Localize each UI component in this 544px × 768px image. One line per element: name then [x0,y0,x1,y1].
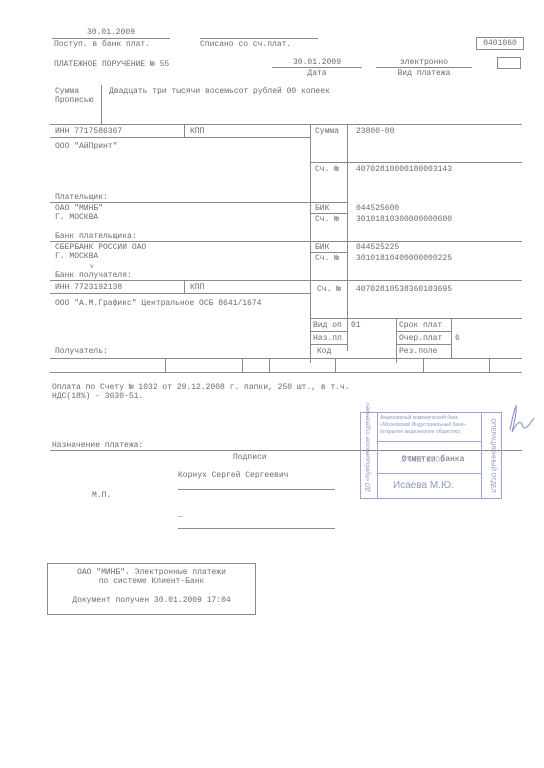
stamp-top-text-1: Акционерный коммерческий банк [380,415,458,422]
sum-value: 23800-00 [356,127,394,136]
stamp-date: 2 ФЕВ 2009 [401,455,444,464]
signer-name: Корнух Сергей Сергеевич [178,471,288,480]
stamp-name: Исаева М.Ю. [393,481,454,490]
stamp-top-text-3: (открытое акционерное общество) [380,429,460,436]
priority-label: Очер.плат [399,334,442,343]
doc-date-underline [272,67,362,68]
payee-inn: ИНН 7723192138 [55,283,122,292]
payee-bank-bik-label: БИК [315,243,329,252]
tax-row-bottom-line [50,372,522,373]
payer-account-value: 40702810000180003143 [356,165,452,174]
payee-account-label: Сч. № [317,285,341,294]
payee-label: Получатель: [55,347,108,356]
payee-bank-mark: v [90,262,94,271]
reserve-label: Рез.поле [399,347,437,356]
debited-date-underline [200,38,318,39]
payer-inn: ИНН 7717586367 [55,127,122,136]
codes-top-line [310,318,522,319]
tax-cell-div-6 [489,358,490,372]
payer-bank-city: Г. МОСКВА [55,213,98,222]
payer-inn-row-line [50,137,310,138]
account-row-top-line [310,162,522,163]
payee-bank-account-value: 30101810400000000225 [356,254,452,263]
codes-mid-divider [396,318,397,363]
bank-stamp: ДО «Куйбышевское отделение» Акционерный … [360,412,502,499]
stamp-right-text: ОПЕРАЦИОННЫЙ ОТДЕЛ [488,419,497,489]
payee-bank-bik-value: 044525225 [356,243,399,252]
tax-cell-div-1 [165,358,166,372]
amount-words-value: Двадцать три тысячи восемьсот рублей 00 … [109,87,330,96]
receipt-box: ОАО "МИНБ". Электронные платежи по систе… [47,563,256,615]
purpose-label: Назначение платежа: [52,441,143,450]
payer-bank-label: Банк плательщика: [55,232,137,241]
amount-words-divider [101,85,102,124]
tax-cell-div-2 [242,358,243,372]
signatures-title: Подписи [233,453,267,462]
codes-right-divider [451,318,452,358]
payee-kpp-divider [184,280,185,293]
form-code-box: 0401060 [476,37,524,50]
payee-bank-account-label: Сч. № [315,254,339,263]
payee-bank-bik-row-line [310,252,347,253]
codes-line-2 [310,331,347,332]
receipt-line-3: Документ получен 30.01.2009 17:04 [48,596,255,605]
stamp-side-text: ДО «Куйбышевское отделение» [365,416,374,492]
received-label: Поступ. в банк плат. [54,40,150,49]
payment-type-code-box [497,57,521,69]
label-column-left [310,124,311,363]
payee-account-value: 40702810538360103695 [356,285,452,294]
payer-bank-bik-label: БИК [315,204,329,213]
table-top-line [50,124,522,125]
code-label: Код [317,347,331,356]
codes-right-line-2 [396,331,451,332]
debited-label: Списано со сч.плат. [200,40,291,49]
purpose-line-2: НДС(18%) - 3630-51. [52,392,143,401]
payer-bank-name: ОАО "МИНБ" [55,204,103,213]
codes-line-3 [310,344,347,345]
sum-label: Сумма [315,127,339,136]
payee-bank-label: Банк получателя: [55,271,132,280]
receipt-line-1: ОАО "МИНБ". Электронные платежи [48,568,255,577]
signature-line-1 [178,489,335,490]
amount-words-label-1: Сумма [55,87,79,96]
payer-bank-account-label: Сч. № [315,215,339,224]
payer-bank-bik-row-line [310,213,347,214]
payer-label: Плательщик: [55,193,108,202]
payer-account-label: Сч. № [315,165,339,174]
tax-cell-div-3 [269,358,270,372]
payer-bank-account-value: 30101810300000000600 [356,215,452,224]
received-date: 30.01.2009 [52,28,170,37]
tax-cell-div-5 [423,358,424,372]
payer-kpp-divider [184,124,185,137]
payee-name: ООО "А.М.Графикс" Центральное ОСБ 8641/1… [55,299,261,308]
op-type-label: Вид оп [313,321,342,330]
payment-type-label: Вид платежа [376,69,472,78]
payer-bank-bik-value: 044525600 [356,204,399,213]
purpose-code-label: Наз.пл [313,334,342,343]
tax-cell-div-4 [335,358,336,372]
payee-bank-city: Г. МОСКВА [55,252,98,261]
signature-line-2 [178,528,335,529]
doc-title: ПЛАТЕЖНОЕ ПОРУЧЕНИЕ № 55 [54,60,169,69]
payer-label-line [50,202,310,203]
received-date-underline [52,38,170,39]
payee-kpp-label: КПП [190,283,204,292]
amount-words-label-2: Прописью [55,96,93,105]
handwritten-signature-icon [500,402,536,436]
doc-date: 30.01.2009 [272,58,362,67]
payee-inn-row-line [50,293,310,294]
payment-type-underline [376,67,472,68]
codes-right-line-3 [396,344,451,345]
receipt-line-2: по системе Клиент-Банк [48,577,255,586]
seal-label: М.П. [92,491,111,500]
payer-bank-label-line [50,241,522,242]
payee-bank-name: СБЕРБАНК РОССИИ ОАО [55,243,146,252]
second-signer-mark: _ [178,510,183,519]
stamp-top-text-2: «Московский Индустриальный банк» [380,422,466,429]
payee-bank-label-line [50,280,522,281]
payer-name: ООО "АйПринт" [55,142,117,151]
label-column-right [347,124,348,351]
purpose-line-1: Оплата по Счету № 1032 от 29.12.2008 г. … [52,383,350,392]
payer-kpp-label: КПП [190,127,204,136]
op-type-value: 01 [351,321,361,330]
payer-bank-bik-line [310,202,347,203]
payment-type-value: электронно [376,58,472,67]
payee-bottom-line [50,358,522,359]
due-label: Срок плат [399,321,442,330]
priority-value: 6 [455,334,460,343]
doc-date-label: Дата [272,69,362,78]
